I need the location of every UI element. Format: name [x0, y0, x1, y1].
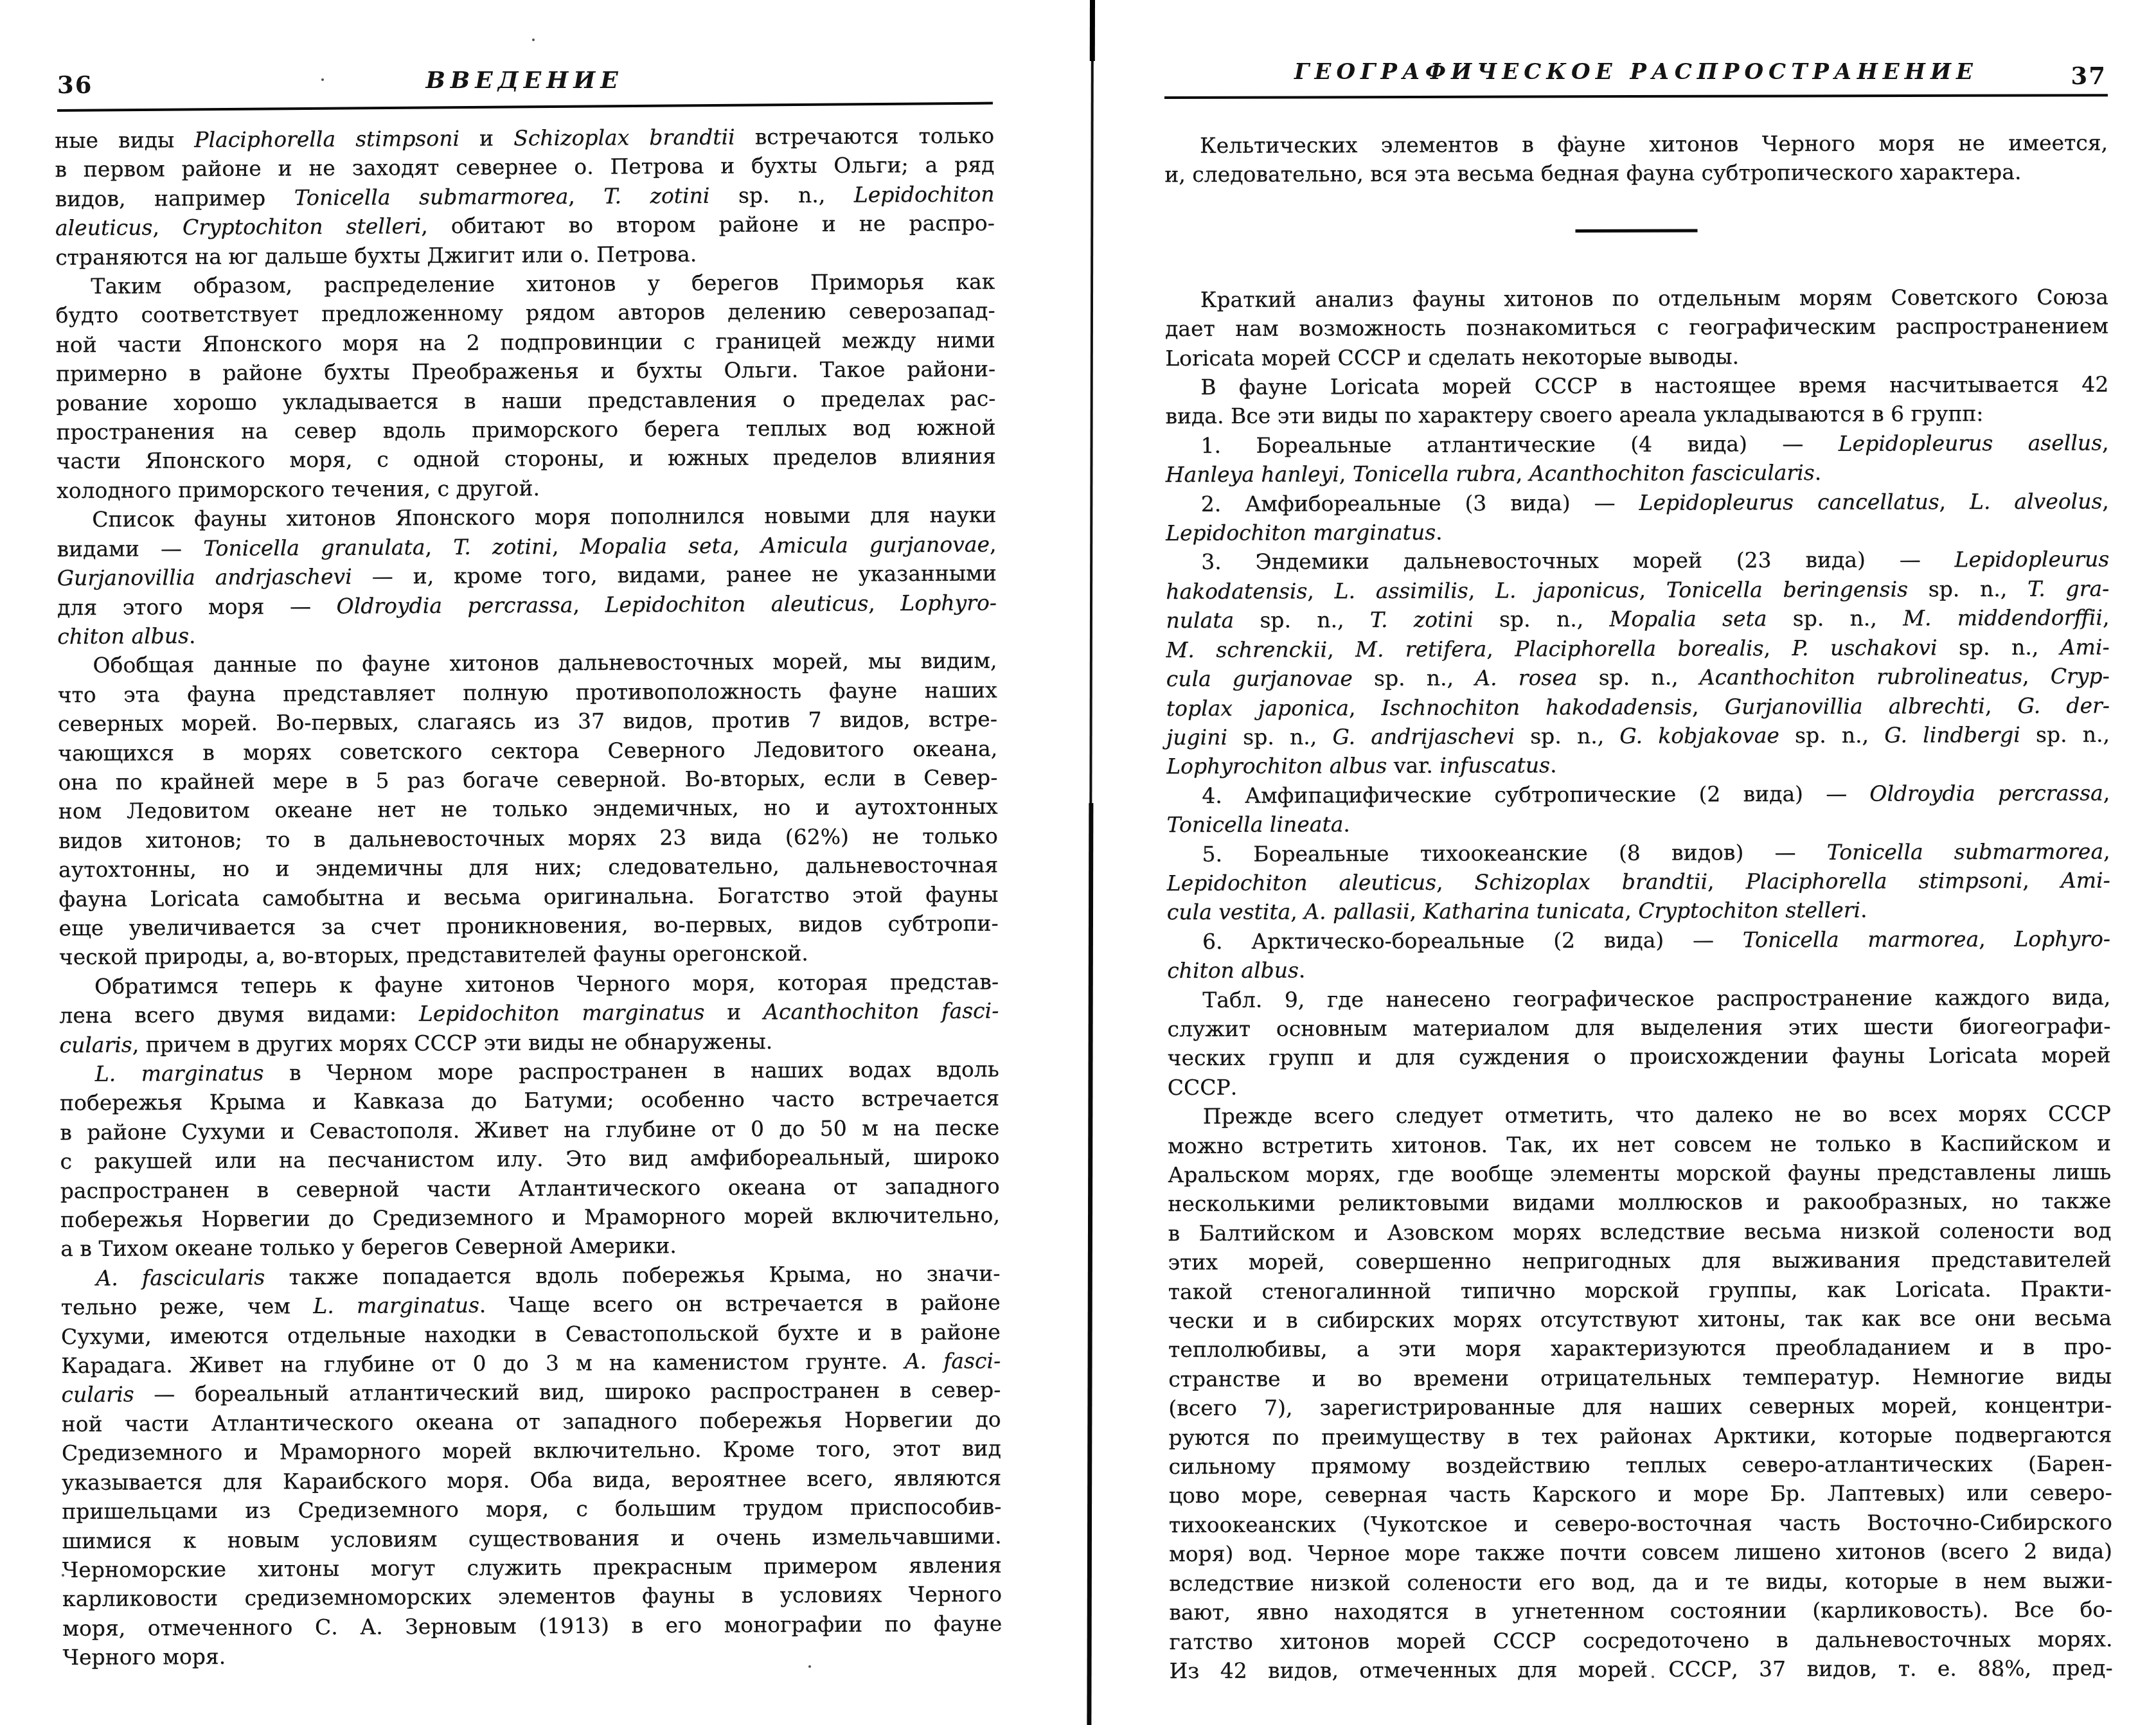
text-run: побережья Крыма и Кавказа до Батуми; осо… [60, 1086, 999, 1116]
species-name-italic: nulata [1166, 608, 1234, 633]
text-line: северных морей. Во-первых, слагаясь из 3… [58, 704, 997, 738]
text-line: Средиземного и Мраморного морей включите… [62, 1434, 1001, 1468]
text-line: (всего 7), зарегистрированные для наших … [1168, 1391, 2112, 1423]
text-run: тельно реже, чем [61, 1293, 314, 1320]
text-run: 6. Арктическо-бореальные (2 вида) — [1202, 927, 1743, 954]
text-line: холодного приморского течения, с другой. [57, 471, 996, 505]
text-line: 1. Бореальные атлантические (4 вида) — L… [1165, 428, 2108, 460]
text-run: чающихся в морях советского сектора Севе… [58, 736, 997, 766]
text-run: Loricata морей СССР и сделать некоторые … [1165, 344, 1739, 371]
text-line: а в Тихом океане только у берегов Северн… [60, 1230, 1000, 1264]
text-run: В фауне Loricata морей СССР в настоящее … [1200, 371, 2108, 399]
text-run: для этого моря — [57, 593, 337, 619]
text-run: пространения на север вдоль приморского … [56, 414, 995, 445]
species-name-italic: M. schrenckii [1166, 637, 1327, 662]
text-line: видов хитонов; то в дальневосточных моря… [58, 821, 998, 855]
text-line: пространения на север вдоль приморского … [56, 412, 995, 447]
text-line: сильному прямому воздействию теплых севе… [1168, 1449, 2112, 1481]
text-line: части Японского моря, с одной стороны, и… [57, 442, 996, 476]
text-run: ной части Атлантического океана от запад… [61, 1406, 1001, 1437]
text-run: sp. n., [1577, 664, 1699, 690]
left-page-body: ные виды Placiphorella stimpsoni и Schiz… [55, 121, 1002, 1672]
text-run: , [1985, 693, 2018, 718]
species-name-italic: M. retifera [1355, 636, 1486, 662]
text-line: 5. Бореальные тихоокеанские (8 видов) — … [1166, 836, 2110, 869]
text-run: странстве и во времени отрицательных тем… [1168, 1363, 2112, 1392]
left-running-title: ВВЕДЕНИЕ [55, 67, 994, 94]
species-name-italic: cula gurjanovae [1166, 666, 1353, 691]
text-line: тельно реже, чем L. marginatus. Чаще все… [61, 1288, 1001, 1322]
species-name-italic: T. zotini [453, 534, 552, 560]
scan-noise-dot [62, 1574, 64, 1577]
text-run: sp. n., [1234, 607, 1370, 633]
paragraph: 1. Бореальные атлантические (4 вида) — L… [1165, 428, 2108, 489]
text-line: Tonicella lineata. [1166, 808, 2110, 840]
text-run: , [1468, 578, 1495, 603]
text-run: руются по преимуществу в тех районах Арк… [1168, 1422, 2112, 1450]
text-run: , [868, 590, 900, 615]
text-line: побережья Крыма и Кавказа до Батуми; осо… [60, 1084, 999, 1118]
text-run: sp. n., [1767, 606, 1903, 632]
text-line: фауна Loricata самобытна и весьма оригин… [58, 880, 998, 914]
text-line: этих морей, совершенно непригодных для в… [1168, 1245, 2111, 1277]
text-run: sp. n., [1937, 634, 2060, 660]
scan-noise-dot [321, 78, 324, 81]
species-name-italic: chiton albus [1167, 958, 1299, 984]
paragraph: ные виды Placiphorella stimpsoni и Schiz… [55, 121, 995, 272]
text-run: северных морей. Во-первых, слагаясь из 3… [58, 706, 997, 736]
text-run: вида. Все эти виды по характеру своего а… [1165, 401, 1983, 429]
text-run: Таким образом, распределение хитонов у б… [91, 269, 995, 298]
text-line: чески и в сибирских морях отсутствуют хи… [1168, 1303, 2112, 1335]
text-run: , [2022, 868, 2061, 893]
text-run: Карадага. Живет на глубине от 0 до 3 м н… [61, 1349, 905, 1378]
text-line: распространен в северной части Атлантиче… [60, 1171, 1000, 1205]
species-name-italic: Lepidochiton marginatus [419, 1000, 705, 1026]
text-line: и, следовательно, вся эта весьма бедная … [1164, 157, 2108, 190]
species-name-italic: Gurjanovillia andrjaschevi [57, 564, 352, 590]
species-name-italic: Lophyrochiton albus [1166, 753, 1387, 779]
text-line: Обобщая данные по фауне хитонов дальнево… [57, 646, 997, 680]
paragraph: A. fascicularis также попадается вдоль п… [60, 1259, 1002, 1672]
text-line: в первом районе и не заходят севернее о.… [55, 150, 994, 184]
species-name-italic: Tonicella submarmorea [294, 184, 569, 210]
text-run: этих морей, совершенно непригодных для в… [1168, 1247, 2111, 1275]
text-line: Lepidochiton aleuticus, Schizoplax brand… [1167, 865, 2110, 898]
scan-noise-dot [808, 1665, 811, 1668]
text-run: ном Ледовитом океане нет не только эндем… [58, 794, 997, 824]
right-header-rule [1164, 94, 2108, 99]
text-line: руются по преимуществу в тех районах Арк… [1168, 1420, 2112, 1452]
text-run: моря) вод. Черное море также почти совсе… [1169, 1539, 2112, 1567]
text-line: Сухуми, имеются отдельные находки в Сева… [61, 1317, 1001, 1351]
text-line: лена всего двумя видами: Lepidochiton ma… [59, 996, 999, 1031]
paragraph: Таким образом, распределение хитонов у б… [55, 267, 996, 505]
species-name-italic: Mopalia seta [580, 533, 733, 558]
text-run: побережья Норвегии до Средиземного и Мра… [60, 1202, 1000, 1232]
text-run: , [2103, 780, 2110, 805]
text-line: моря, отмеченного С. А. Зерновым (1913) … [62, 1609, 1002, 1643]
text-run: , [1307, 578, 1334, 603]
species-name-italic: Oldroydia percrassa [1869, 780, 2103, 806]
text-line: аутохтонны, но и эндемичны для них; след… [58, 850, 998, 884]
scan-noise-dot [532, 39, 535, 41]
text-run: . [1860, 898, 1867, 923]
species-name-italic: Tonicella lineata [1166, 811, 1343, 837]
paragraph: Кельтических элементов в фауне хитонов Ч… [1164, 128, 2108, 189]
text-line: цово море, северная часть Карского и мор… [1169, 1478, 2112, 1510]
text-run: и, следовательно, вся эта весьма бедная … [1164, 159, 2021, 187]
text-line: toplax japonica, Ischnochiton hakodadens… [1166, 691, 2110, 723]
species-name-italic: aleuticus [55, 215, 153, 240]
text-run: несколькими реликтовыми видами моллюсков… [1168, 1189, 2111, 1217]
text-run: , [733, 533, 761, 558]
text-run: Табл. 9, где нанесено географическое рас… [1202, 984, 2110, 1012]
text-run: 2. Амфибореальные (3 вида) — [1201, 490, 1639, 516]
text-run: рование хорошо укладывается в наши предс… [56, 385, 995, 416]
text-line: ном Ледовитом океане нет не только эндем… [58, 792, 997, 826]
text-run: чески и в сибирских морях отсутствуют хи… [1168, 1305, 2112, 1333]
text-run: Сухуми, имеются отдельные находки в Сева… [61, 1319, 1001, 1349]
species-name-italic: Lophyro- [2014, 926, 2110, 951]
text-run: sp. n., [1515, 723, 1620, 749]
species-name-italic: Lepidopleurus cancellatus [1639, 489, 1939, 515]
species-name-italic: Cryptochiton stelleri [183, 213, 422, 240]
text-line: примерно в районе бухты Преображенья и б… [56, 355, 995, 389]
text-run: ческих групп и для суждения о происхожде… [1167, 1043, 2110, 1071]
text-run: Краткий анализ фауны хитонов по отдельны… [1200, 284, 2108, 312]
text-run: цово море, северная часть Карского и мор… [1169, 1480, 2112, 1508]
species-name-italic: T. zotini [603, 182, 709, 208]
text-run: , [1339, 461, 1353, 486]
species-name-italic: Lophyro- [900, 590, 997, 615]
right-page: 37 ГЕОГРАФИЧЕСКОЕ РАСПРОСТРАНЕНИЕ Кельти… [1164, 0, 2108, 1725]
species-name-italic: Lepidochiton aleuticus [605, 590, 868, 617]
text-run: теплолюбивы, а эти моря характеризуются … [1168, 1334, 2112, 1363]
text-line: nulata sp. n., T. zotini sp. n., Mopalia… [1166, 603, 2109, 635]
text-run: холодного приморского течения, с другой. [57, 475, 540, 503]
species-name-italic: Placiphorella borealis [1515, 635, 1763, 661]
text-line: для этого моря — Oldroydia percrassa, Le… [57, 588, 997, 622]
text-run: Список фауны хитонов Японского моря попо… [92, 502, 996, 532]
text-run: сильному прямому воздействию теплых севе… [1168, 1451, 2112, 1479]
text-line: 2. Амфибореальные (3 вида) — Lepidopleur… [1166, 486, 2109, 518]
text-line: A. fascicularis также попадается вдоль п… [60, 1259, 1000, 1293]
text-line: будто соответствует предложенному рядом … [55, 296, 995, 330]
species-name-italic: jugini [1166, 725, 1227, 750]
text-line: тихоокеанских (Чукотское и северо-восточ… [1169, 1507, 2112, 1539]
text-run: видов, например [55, 185, 294, 211]
species-name-italic: Acanthochiton fascicularis [1529, 460, 1815, 486]
text-run: 5. Бореальные тихоокеанские (8 видов) — [1202, 839, 1826, 866]
text-line: 4. Амфипацифические субтропические (2 ви… [1166, 778, 2110, 810]
text-run: гатство хитонов морей СССР сосредоточено… [1169, 1626, 2112, 1654]
text-line: Hanleya hanleyi, Tonicella rubra, Acanth… [1166, 457, 2109, 490]
text-run: шимися к новым условиям существования и … [62, 1523, 1001, 1553]
text-run: встречаются только [735, 123, 995, 149]
species-name-italic: Lepidopleurus asellus [1839, 430, 2102, 456]
species-name-italic: A. pallasii [1304, 899, 1410, 924]
text-line: Loricata морей СССР и сделать некоторые … [1165, 341, 2108, 373]
text-run: ной части Японского моря на 2 подпровинц… [56, 327, 995, 357]
species-name-italic: L. assimilis [1335, 578, 1468, 603]
species-name-italic: G. der- [2017, 693, 2109, 718]
text-line: Кельтических элементов в фауне хитонов Ч… [1164, 128, 2108, 160]
text-run: , [2103, 838, 2110, 863]
text-line: еще увеличивается за счет проникновения,… [58, 908, 998, 942]
text-run: такой стеногалинной типично морской груп… [1168, 1276, 2112, 1304]
species-name-italic: Mopalia seta [1609, 606, 1767, 632]
text-run: СССР. [1168, 1074, 1238, 1099]
text-line: вида. Все эти виды по характеру своего а… [1165, 399, 2108, 431]
text-run: в первом районе и не заходят севернее о.… [55, 152, 994, 182]
species-name-italic: A. fasci- [905, 1348, 1001, 1374]
text-run: распространен в северной части Атлантиче… [60, 1173, 1000, 1203]
text-line: M. schrenckii, M. retifera, Placiphorell… [1166, 632, 2109, 664]
text-line: cula gurjanovae sp. n., A. rosea sp. n.,… [1166, 661, 2110, 693]
species-name-italic: Hanleya hanleyi [1166, 461, 1339, 487]
text-run: — бореальный атлантический вид, широко р… [134, 1377, 1001, 1407]
text-run: лена всего двумя видами: [59, 1001, 419, 1028]
text-line: Карадага. Живет на глубине от 0 до 3 м н… [61, 1346, 1001, 1380]
paragraph: 3. Эндемики дальневосточных морей (23 ви… [1166, 545, 2110, 781]
text-run: , [2022, 664, 2051, 689]
text-run: , [1327, 637, 1355, 662]
species-name-italic: hakodatensis [1166, 578, 1307, 604]
text-run: sp. n., [1474, 606, 1610, 632]
text-run: вают, явно находятся в угнетенном состоя… [1169, 1597, 2112, 1625]
species-name-italic: Cryptochiton stelleri [1638, 898, 1860, 923]
text-run: Средиземного и Мраморного морей включите… [62, 1436, 1001, 1466]
text-line: чающихся в морях советского сектора Севе… [58, 734, 997, 768]
text-run: , [425, 534, 453, 559]
text-run: . [1299, 957, 1306, 982]
text-run: с ракушей или на песчанистом илу. Это ви… [60, 1144, 999, 1174]
paragraph: Табл. 9, где нанесено географическое рас… [1167, 982, 2111, 1102]
species-name-italic: infuscatus [1439, 752, 1550, 778]
text-run: и [704, 999, 763, 1024]
text-run: Кельтических элементов в фауне хитонов Ч… [1200, 130, 2108, 157]
paragraph: Список фауны хитонов Японского моря попо… [57, 500, 997, 651]
species-name-italic: cularis [61, 1382, 134, 1408]
text-run: Прежде всего следует отметить, что далек… [1203, 1101, 2111, 1129]
text-line: СССР. [1168, 1070, 2111, 1102]
text-line: страняются на юг дальше бухты Джигит или… [55, 238, 995, 272]
text-run: . [1550, 752, 1557, 777]
text-run: пришельцами из Средиземного моря, с боль… [62, 1494, 1001, 1524]
text-run: моря, отмеченного С. А. Зерновым (1913) … [62, 1611, 1002, 1641]
species-name-italic: G. kobjakovae [1619, 723, 1779, 748]
text-run: карликовости средиземноморских элементов… [62, 1582, 1002, 1612]
text-run: , [2102, 430, 2109, 455]
text-run: что эта фауна представляет полную против… [58, 677, 997, 707]
text-run: страняются на юг дальше бухты Джигит или… [55, 241, 697, 269]
right-page-body: Кельтических элементов в фауне хитонов Ч… [1164, 128, 2113, 1685]
text-run: примерно в районе бухты Преображенья и б… [56, 357, 995, 387]
species-name-italic: Amicula gurjanovae [761, 531, 990, 558]
text-run: , [1979, 926, 2014, 951]
species-name-italic: Tonicella granulata [203, 535, 425, 561]
species-name-italic: cula vestita [1167, 899, 1290, 925]
species-name-italic: cularis [59, 1032, 132, 1057]
species-name-italic: Ami- [2061, 867, 2110, 892]
text-run: , обитают во втором районе и не распро- [421, 211, 995, 239]
text-run: служит основным материалом для выделения… [1167, 1013, 2110, 1041]
text-line: Обратимся теперь к фауне хитонов Черного… [59, 967, 999, 1001]
text-run: в Балтийском и Азовском морях вследствие… [1168, 1217, 2111, 1246]
text-run: , [990, 531, 997, 556]
text-run: аутохтонны, но и эндемичны для них; след… [58, 852, 998, 882]
text-line: hakodatensis, L. assimilis, L. japonicus… [1166, 574, 2109, 606]
species-name-italic: L. alveolus [1970, 488, 2102, 514]
text-line: рование хорошо укладывается в наши предс… [56, 384, 995, 418]
paragraph: 6. Арктическо-бореальные (2 вида) — Toni… [1167, 924, 2110, 985]
text-run: она по крайней мере в 5 раз богаче север… [58, 765, 997, 795]
section-divider-rule [1575, 229, 1697, 233]
text-run: , [1939, 489, 1970, 514]
text-line: моря) вод. Черное море также почти совсе… [1169, 1537, 2112, 1569]
text-line: Аральском морях, где вообще элементы мор… [1168, 1157, 2111, 1189]
text-line: Табл. 9, где нанесено географическое рас… [1167, 982, 2110, 1014]
paragraph: L. marginatus в Черном море распростране… [60, 1054, 1001, 1263]
text-line: карликовости средиземноморских элементов… [62, 1580, 1002, 1614]
species-name-italic: Oldroydia percrassa [336, 592, 573, 618]
text-run: и [459, 125, 513, 150]
text-run: , [552, 533, 580, 558]
text-run: видами — [57, 535, 203, 561]
text-line: Прежде всего следует отметить, что далек… [1168, 1099, 2111, 1131]
text-run: (всего 7), зарегистрированные для наших … [1168, 1393, 2112, 1421]
text-run: части Японского моря, с одной стороны, и… [57, 444, 996, 474]
species-name-italic: Ischnochiton hakodadensis [1381, 694, 1692, 720]
text-run: фауна Loricata самобытна и весьма оригин… [58, 881, 998, 912]
text-line: Gurjanovillia andrjaschevi — и, кроме то… [57, 558, 997, 592]
text-run: sp. n., [1908, 576, 2027, 602]
text-run: . [1436, 520, 1443, 545]
text-run: будто соответствует предложенному рядом … [55, 298, 995, 328]
text-line: chiton albus. [1167, 953, 2110, 986]
right-running-title: ГЕОГРАФИЧЕСКОЕ РАСПРОСТРАНЕНИЕ [1164, 59, 2108, 85]
text-line: можно встретить хитонов. Так, их нет сов… [1168, 1128, 2111, 1160]
text-line: chiton albus. [57, 617, 997, 651]
text-run: , [1625, 898, 1638, 923]
text-line: несколькими реликтовыми видами моллюсков… [1168, 1187, 2111, 1219]
text-run: тихоокеанских (Чукотское и северо-восточ… [1169, 1509, 2112, 1537]
text-line: Таким образом, распределение хитонов у б… [55, 267, 995, 301]
text-line: В фауне Loricata морей СССР в настоящее … [1165, 369, 2108, 402]
text-run: указывается для Караибского моря. Оба ви… [62, 1465, 1001, 1495]
species-name-italic: Acanthochiton rubrolineatus [1700, 664, 2022, 690]
text-line: ной части Атлантического океана от запад… [61, 1404, 1001, 1438]
species-name-italic: Lepidochiton [854, 181, 995, 207]
text-run: . [1343, 811, 1350, 836]
text-run: , [573, 592, 605, 617]
text-run: 1. Бореальные атлантические (4 вида) — [1200, 431, 1838, 458]
text-line: Lepidochiton marginatus. [1166, 515, 2109, 547]
text-run: sp. n., [1779, 722, 1885, 748]
species-name-italic: Lepidochiton aleuticus [1167, 870, 1436, 896]
text-line: пришельцами из Средиземного моря, с боль… [62, 1492, 1001, 1526]
text-line: 3. Эндемики дальневосточных морей (23 ви… [1166, 545, 2109, 577]
species-name-italic: A. fascicularis [96, 1264, 265, 1290]
text-line: служит основным материалом для выделения… [1167, 1011, 2110, 1043]
text-line: cula vestita, A. pallasii, Katharina tun… [1167, 895, 2110, 927]
text-run: , причем в других морях СССР эти виды не… [132, 1029, 773, 1057]
text-line: Из 42 видов, отмеченных для морей СССР, … [1169, 1653, 2112, 1685]
text-run: , [1707, 869, 1746, 894]
text-line: ческих групп и для суждения о происхожде… [1167, 1041, 2110, 1073]
text-run: . Чаще всего он встречается в районе [479, 1290, 1001, 1318]
text-line: что эта фауна представляет полную против… [58, 675, 997, 709]
species-name-italic: Gurjanovillia albrechti [1725, 693, 1985, 718]
text-line: Краткий анализ фауны хитонов по отдельны… [1165, 282, 2108, 314]
text-line: вают, явно находятся в угнетенном состоя… [1169, 1595, 2112, 1627]
text-run: , [1290, 899, 1304, 924]
text-line: видов, например Tonicella submarmorea, T… [55, 179, 994, 213]
paragraph: 4. Амфипацифические субтропические (2 ви… [1166, 778, 2110, 839]
text-line: Список фауны хитонов Японского моря попо… [57, 500, 996, 535]
species-name-italic: Tonicella beringensis [1666, 576, 1908, 602]
text-run: еще увеличивается за счет проникновения,… [58, 910, 998, 941]
species-name-italic: Placiphorella stimpsoni [1746, 868, 2023, 894]
species-name-italic: Lepidochiton marginatus [1166, 520, 1436, 545]
text-run: , [1639, 577, 1666, 602]
paragraph: В фауне Loricata морей СССР в настоящее … [1165, 369, 2108, 430]
text-run: , [1409, 899, 1423, 924]
text-line: гатство хитонов морей СССР сосредоточено… [1169, 1624, 2112, 1656]
text-line: она по крайней мере в 5 раз богаче север… [58, 763, 997, 797]
text-run: , [1486, 636, 1515, 661]
text-run: , [2102, 488, 2109, 513]
text-line: такой стеногалинной типично морской груп… [1168, 1274, 2112, 1306]
paragraph: Обобщая данные по фауне хитонов дальнево… [57, 646, 999, 972]
text-run: в Черном море распространен в наших вода… [263, 1056, 999, 1085]
species-name-italic: Placiphorella stimpsoni [194, 126, 459, 152]
species-name-italic: Schizoplax brandtii [1475, 869, 1708, 894]
text-line: странстве и во времени отрицательных тем… [1168, 1361, 2112, 1393]
species-name-italic: T. gra- [2027, 576, 2109, 601]
text-line: Черноморские хитоны могут служить прекра… [62, 1550, 1002, 1584]
species-name-italic: Tonicella marmorea [1743, 926, 1979, 952]
text-run: var. [1387, 753, 1439, 778]
left-page: 36 ВВЕДЕНИЕ ные виды Placiphorella stimp… [55, 0, 994, 1725]
species-name-italic: L. marginatus [313, 1293, 479, 1318]
species-name-italic: L. japonicus [1495, 578, 1639, 603]
species-name-italic: Tonicella rubra [1353, 461, 1516, 487]
text-line: дает нам возможность познакомиться с гео… [1165, 312, 2108, 344]
text-line: в районе Сухуми и Севастополя. Живет на … [60, 1113, 999, 1147]
text-line: вследствие низкой солености его вод, да … [1169, 1566, 2112, 1598]
species-name-italic: Tonicella submarmorea [1827, 838, 2103, 864]
text-line: aleuticus, Cryptochiton stelleri, обитаю… [55, 209, 995, 243]
text-run: видов хитонов; то в дальневосточных моря… [58, 823, 998, 853]
text-line: с ракушей или на песчанистом илу. Это ви… [60, 1142, 999, 1176]
text-line: видами — Tonicella granulata, T. zotini,… [57, 529, 996, 563]
scan-noise-dot [1652, 1676, 1654, 1678]
scan-noise-dot [950, 227, 952, 229]
species-name-italic: T. zotini [1370, 607, 1474, 633]
species-name-italic: Acanthochiton fasci- [763, 998, 999, 1025]
text-run: дает нам возможность познакомиться с гео… [1165, 314, 2108, 342]
text-run: Из 42 видов, отмеченных для морей СССР, … [1169, 1655, 2112, 1683]
text-line: ные виды Placiphorella stimpsoni и Schiz… [55, 121, 994, 155]
text-run: — и, кроме того, видами, ранее не указан… [352, 560, 997, 588]
text-line: побережья Норвегии до Средиземного и Мра… [60, 1200, 1000, 1234]
text-run: . [1815, 460, 1822, 485]
text-line: ческой природы, а, во-вторых, представит… [59, 938, 999, 972]
text-run: , [1692, 694, 1725, 719]
text-run: , [1436, 869, 1475, 894]
